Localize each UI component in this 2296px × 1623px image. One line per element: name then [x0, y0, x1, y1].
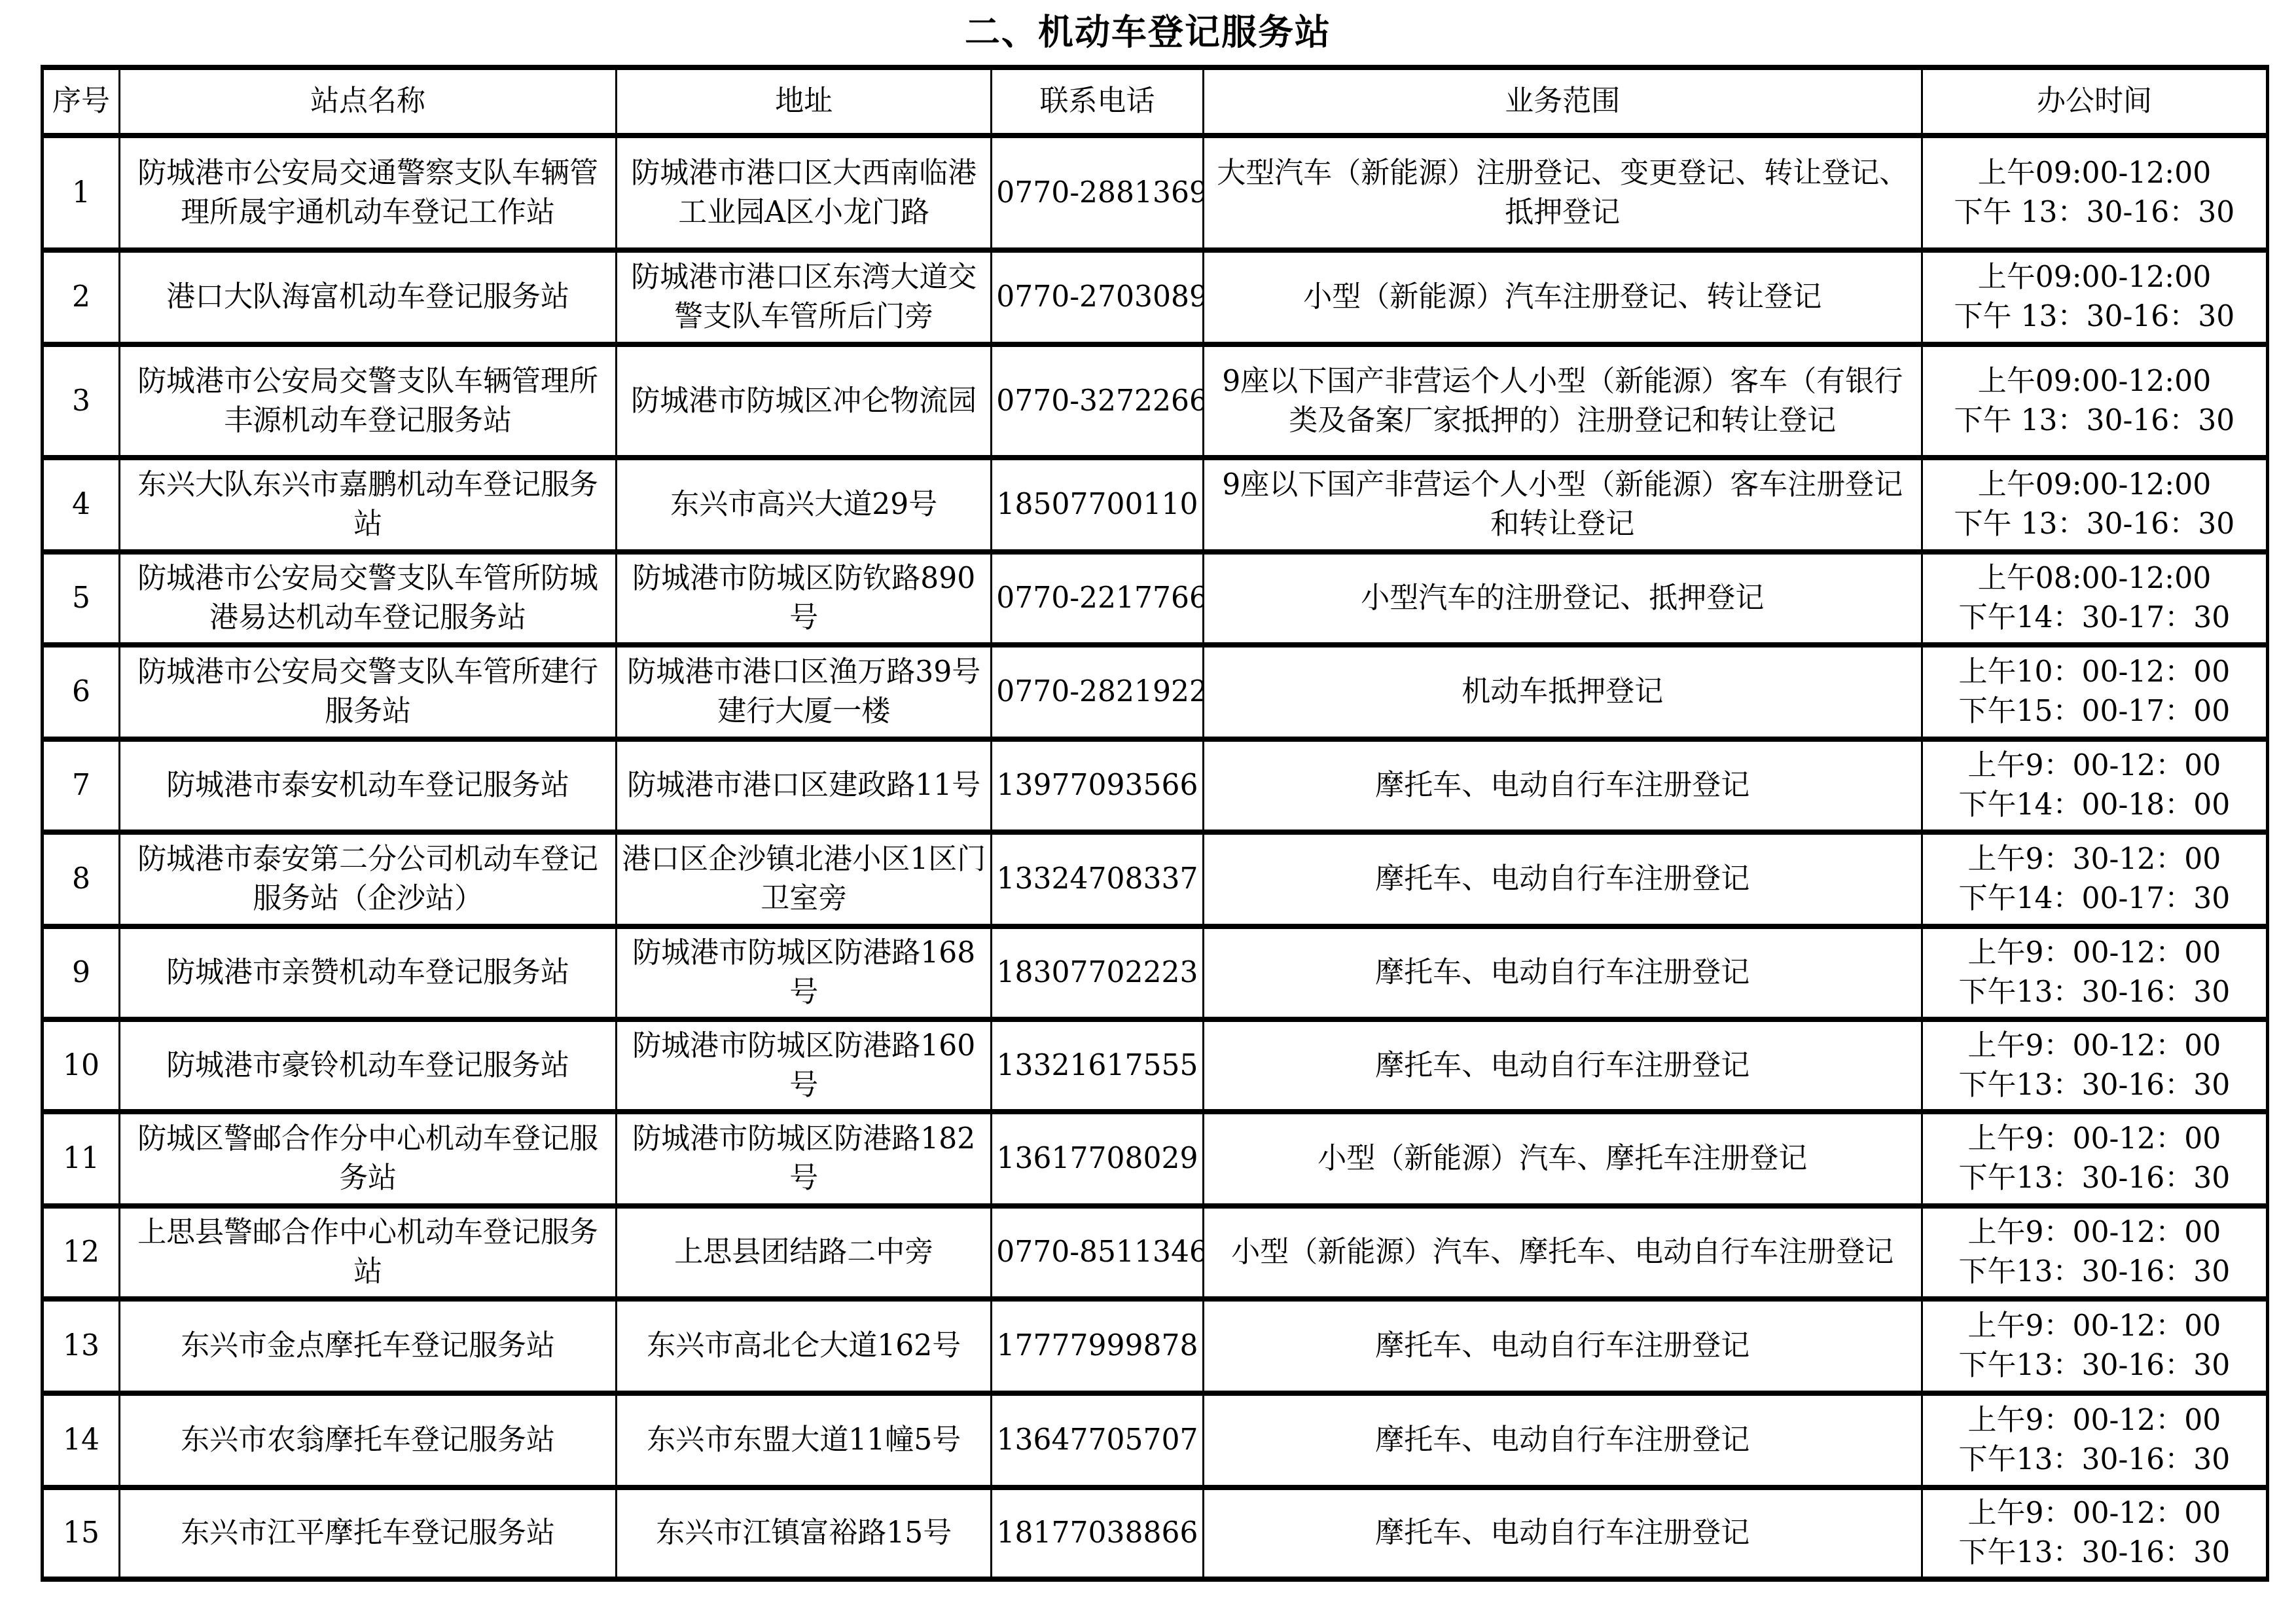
row-number: 3 [43, 344, 120, 458]
station-name: 防城港市公安局交警支队车管所防城港易达机动车登记服务站 [120, 552, 617, 645]
business-scope: 摩托车、电动自行车注册登记 [1203, 1393, 1922, 1487]
office-hours: 上午9：00-12：00下午13：30-16：30 [1922, 926, 2267, 1019]
office-hours-pm: 下午13：30-16：30 [1927, 973, 2262, 1012]
row-number: 4 [43, 458, 120, 552]
office-hours-am: 上午9：00-12：00 [1927, 1401, 2262, 1440]
office-hours-am: 上午09:00-12:00 [1927, 154, 2262, 193]
table-row: 1防城港市公安局交通警察支队车辆管理所晟宇通机动车登记工作站防城港市港口区大西南… [43, 136, 2268, 250]
row-number: 5 [43, 552, 120, 645]
business-scope: 小型（新能源）汽车注册登记、转让登记 [1203, 250, 1922, 344]
office-hours: 上午9：00-12：00下午13：30-16：30 [1922, 1299, 2267, 1393]
office-hours-am: 上午09:00-12:00 [1927, 465, 2262, 505]
row-number: 11 [43, 1112, 120, 1206]
header-no: 序号 [43, 67, 120, 136]
business-scope: 大型汽车（新能源）注册登记、变更登记、转让登记、抵押登记 [1203, 136, 1922, 250]
table-row: 12上思县警邮合作中心机动车登记服务站上思县团结路二中旁0770-8511346… [43, 1206, 2268, 1299]
station-address: 东兴市东盟大道11幢5号 [617, 1393, 992, 1487]
business-scope: 摩托车、电动自行车注册登记 [1203, 1299, 1922, 1393]
station-address: 防城港市港口区建政路11号 [617, 739, 992, 832]
station-name: 防城港市豪铃机动车登记服务站 [120, 1019, 617, 1112]
row-number: 13 [43, 1299, 120, 1393]
station-address: 东兴市高北仑大道162号 [617, 1299, 992, 1393]
station-address: 防城港市防城区防港路160号 [617, 1019, 992, 1112]
office-hours-am: 上午9：00-12：00 [1927, 1307, 2262, 1346]
office-hours: 上午9：00-12：00下午13：30-16：30 [1922, 1206, 2267, 1299]
station-phone: 17777999878 [992, 1299, 1204, 1393]
office-hours-pm: 下午14：00-18：00 [1927, 786, 2262, 825]
page-title: 二、机动车登记服务站 [0, 9, 2296, 56]
office-hours: 上午9：00-12：00下午13：30-16：30 [1922, 1393, 2267, 1487]
station-address: 防城港市港口区东湾大道交警支队车管所后门旁 [617, 250, 992, 344]
station-address: 上思县团结路二中旁 [617, 1206, 992, 1299]
office-hours-am: 上午9：30-12：00 [1927, 840, 2262, 879]
station-phone: 0770-2881369 [992, 136, 1204, 250]
station-name: 东兴市农翁摩托车登记服务站 [120, 1393, 617, 1487]
office-hours-pm: 下午13：30-16：30 [1927, 1440, 2262, 1480]
office-hours: 上午9：30-12：00下午14：00-17：30 [1922, 832, 2267, 926]
business-scope: 摩托车、电动自行车注册登记 [1203, 926, 1922, 1019]
business-scope: 摩托车、电动自行车注册登记 [1203, 1487, 1922, 1579]
station-name: 东兴市金点摩托车登记服务站 [120, 1299, 617, 1393]
business-scope: 摩托车、电动自行车注册登记 [1203, 832, 1922, 926]
office-hours: 上午10：00-12：00下午15：00-17：00 [1922, 645, 2267, 739]
header-scope: 业务范围 [1203, 67, 1922, 136]
table-row: 15东兴市江平摩托车登记服务站东兴市江镇富裕路15号18177038866摩托车… [43, 1487, 2268, 1579]
station-name: 防城港市泰安机动车登记服务站 [120, 739, 617, 832]
station-address: 防城港市防城区防钦路890号 [617, 552, 992, 645]
station-phone: 18307702223 [992, 926, 1204, 1019]
office-hours-am: 上午9：00-12：00 [1927, 1027, 2262, 1066]
table-row: 2港口大队海富机动车登记服务站防城港市港口区东湾大道交警支队车管所后门旁0770… [43, 250, 2268, 344]
business-scope: 小型（新能源）汽车、摩托车、电动自行车注册登记 [1203, 1206, 1922, 1299]
office-hours-pm: 下午 13：30-16：30 [1927, 401, 2262, 441]
station-name: 防城港市公安局交警支队车辆管理所丰源机动车登记服务站 [120, 344, 617, 458]
row-number: 10 [43, 1019, 120, 1112]
row-number: 12 [43, 1206, 120, 1299]
station-address: 防城港市港口区渔万路39号建行大厦一楼 [617, 645, 992, 739]
station-address: 港口区企沙镇北港小区1区门卫室旁 [617, 832, 992, 926]
office-hours-am: 上午08:00-12:00 [1927, 559, 2262, 598]
table-row: 6防城港市公安局交警支队车管所建行服务站防城港市港口区渔万路39号建行大厦一楼0… [43, 645, 2268, 739]
office-hours-pm: 下午14：00-17：30 [1927, 879, 2262, 919]
table-row: 13东兴市金点摩托车登记服务站东兴市高北仑大道162号17777999878摩托… [43, 1299, 2268, 1393]
office-hours: 上午9：00-12：00下午13：30-16：30 [1922, 1487, 2267, 1579]
station-phone: 0770-3272266 [992, 344, 1204, 458]
station-address: 东兴市江镇富裕路15号 [617, 1487, 992, 1579]
table-row: 11防城区警邮合作分中心机动车登记服务站防城港市防城区防港路182号136177… [43, 1112, 2268, 1206]
station-phone: 13321617555 [992, 1019, 1204, 1112]
station-phone: 13324708337 [992, 832, 1204, 926]
station-address: 防城港市防城区冲仑物流园 [617, 344, 992, 458]
office-hours-pm: 下午 13：30-16：30 [1927, 193, 2262, 232]
office-hours: 上午9：00-12：00下午13：30-16：30 [1922, 1112, 2267, 1206]
row-number: 8 [43, 832, 120, 926]
office-hours-pm: 下午13：30-16：30 [1927, 1066, 2262, 1105]
station-name: 东兴大队东兴市嘉鹏机动车登记服务站 [120, 458, 617, 552]
business-scope: 摩托车、电动自行车注册登记 [1203, 739, 1922, 832]
station-phone: 13647705707 [992, 1393, 1204, 1487]
office-hours: 上午09:00-12:00下午 13：30-16：30 [1922, 250, 2267, 344]
office-hours-pm: 下午14：30-17：30 [1927, 598, 2262, 638]
table-row: 3防城港市公安局交警支队车辆管理所丰源机动车登记服务站防城港市防城区冲仑物流园0… [43, 344, 2268, 458]
business-scope: 小型（新能源）汽车、摩托车注册登记 [1203, 1112, 1922, 1206]
business-scope: 机动车抵押登记 [1203, 645, 1922, 739]
office-hours-am: 上午09:00-12:00 [1927, 362, 2262, 401]
table-row: 8防城港市泰安第二分公司机动车登记服务站（企沙站）港口区企沙镇北港小区1区门卫室… [43, 832, 2268, 926]
table-row: 7防城港市泰安机动车登记服务站防城港市港口区建政路11号13977093566摩… [43, 739, 2268, 832]
row-number: 14 [43, 1393, 120, 1487]
station-phone: 0770-8511346 [992, 1206, 1204, 1299]
office-hours-pm: 下午 13：30-16：30 [1927, 297, 2262, 337]
station-phone: 13617708029 [992, 1112, 1204, 1206]
office-hours: 上午9：00-12：00下午13：30-16：30 [1922, 1019, 2267, 1112]
business-scope: 摩托车、电动自行车注册登记 [1203, 1019, 1922, 1112]
row-number: 1 [43, 136, 120, 250]
station-phone: 0770-2217766 [992, 552, 1204, 645]
office-hours-pm: 下午 13：30-16：30 [1927, 505, 2262, 544]
station-address: 防城港市港口区大西南临港工业园A区小龙门路 [617, 136, 992, 250]
row-number: 6 [43, 645, 120, 739]
business-scope: 9座以下国产非营运个人小型（新能源）客车注册登记和转让登记 [1203, 458, 1922, 552]
row-number: 9 [43, 926, 120, 1019]
header-hours: 办公时间 [1922, 67, 2267, 136]
office-hours-am: 上午9：00-12：00 [1927, 934, 2262, 973]
office-hours: 上午9：00-12：00下午14：00-18：00 [1922, 739, 2267, 832]
table-row: 4东兴大队东兴市嘉鹏机动车登记服务站东兴市高兴大道29号185077001109… [43, 458, 2268, 552]
office-hours-am: 上午09:00-12:00 [1927, 258, 2262, 297]
header-row: 序号 站点名称 地址 联系电话 业务范围 办公时间 [43, 67, 2268, 136]
office-hours-am: 上午10：00-12：00 [1927, 653, 2262, 692]
office-hours: 上午09:00-12:00下午 13：30-16：30 [1922, 344, 2267, 458]
station-name: 东兴市江平摩托车登记服务站 [120, 1487, 617, 1579]
header-name: 站点名称 [120, 67, 617, 136]
office-hours-pm: 下午15：00-17：00 [1927, 692, 2262, 731]
station-name: 防城港市泰安第二分公司机动车登记服务站（企沙站） [120, 832, 617, 926]
office-hours: 上午09:00-12:00下午 13：30-16：30 [1922, 458, 2267, 552]
office-hours: 上午08:00-12:00下午14：30-17：30 [1922, 552, 2267, 645]
station-address: 防城港市防城区防港路182号 [617, 1112, 992, 1206]
service-stations-table: 序号 站点名称 地址 联系电话 业务范围 办公时间 1防城港市公安局交通警察支队… [41, 65, 2269, 1582]
station-phone: 18177038866 [992, 1487, 1204, 1579]
station-name: 港口大队海富机动车登记服务站 [120, 250, 617, 344]
office-hours-pm: 下午13：30-16：30 [1927, 1346, 2262, 1385]
office-hours: 上午09:00-12:00下午 13：30-16：30 [1922, 136, 2267, 250]
station-phone: 13977093566 [992, 739, 1204, 832]
office-hours-am: 上午9：00-12：00 [1927, 1213, 2262, 1252]
station-name: 防城港市公安局交警支队车管所建行服务站 [120, 645, 617, 739]
station-name: 上思县警邮合作中心机动车登记服务站 [120, 1206, 617, 1299]
office-hours-pm: 下午13：30-16：30 [1927, 1252, 2262, 1292]
office-hours-pm: 下午13：30-16：30 [1927, 1159, 2262, 1198]
office-hours-am: 上午9：00-12：00 [1927, 1494, 2262, 1533]
row-number: 15 [43, 1487, 120, 1579]
table-row: 5防城港市公安局交警支队车管所防城港易达机动车登记服务站防城港市防城区防钦路89… [43, 552, 2268, 645]
business-scope: 小型汽车的注册登记、抵押登记 [1203, 552, 1922, 645]
office-hours-am: 上午9：00-12：00 [1927, 1120, 2262, 1159]
station-phone: 0770-2821922 [992, 645, 1204, 739]
station-name: 防城区警邮合作分中心机动车登记服务站 [120, 1112, 617, 1206]
station-address: 东兴市高兴大道29号 [617, 458, 992, 552]
station-phone: 0770-2703089 [992, 250, 1204, 344]
table-row: 10防城港市豪铃机动车登记服务站防城港市防城区防港路160号1332161755… [43, 1019, 2268, 1112]
table-row: 14东兴市农翁摩托车登记服务站东兴市东盟大道11幢5号13647705707摩托… [43, 1393, 2268, 1487]
business-scope: 9座以下国产非营运个人小型（新能源）客车（有银行类及备案厂家抵押的）注册登记和转… [1203, 344, 1922, 458]
table-row: 9防城港市亲赞机动车登记服务站防城港市防城区防港路168号18307702223… [43, 926, 2268, 1019]
row-number: 2 [43, 250, 120, 344]
station-address: 防城港市防城区防港路168号 [617, 926, 992, 1019]
header-address: 地址 [617, 67, 992, 136]
row-number: 7 [43, 739, 120, 832]
station-phone: 18507700110 [992, 458, 1204, 552]
header-phone: 联系电话 [992, 67, 1204, 136]
station-name: 防城港市公安局交通警察支队车辆管理所晟宇通机动车登记工作站 [120, 136, 617, 250]
office-hours-pm: 下午13：30-16：30 [1927, 1533, 2262, 1573]
station-name: 防城港市亲赞机动车登记服务站 [120, 926, 617, 1019]
office-hours-am: 上午9：00-12：00 [1927, 746, 2262, 786]
